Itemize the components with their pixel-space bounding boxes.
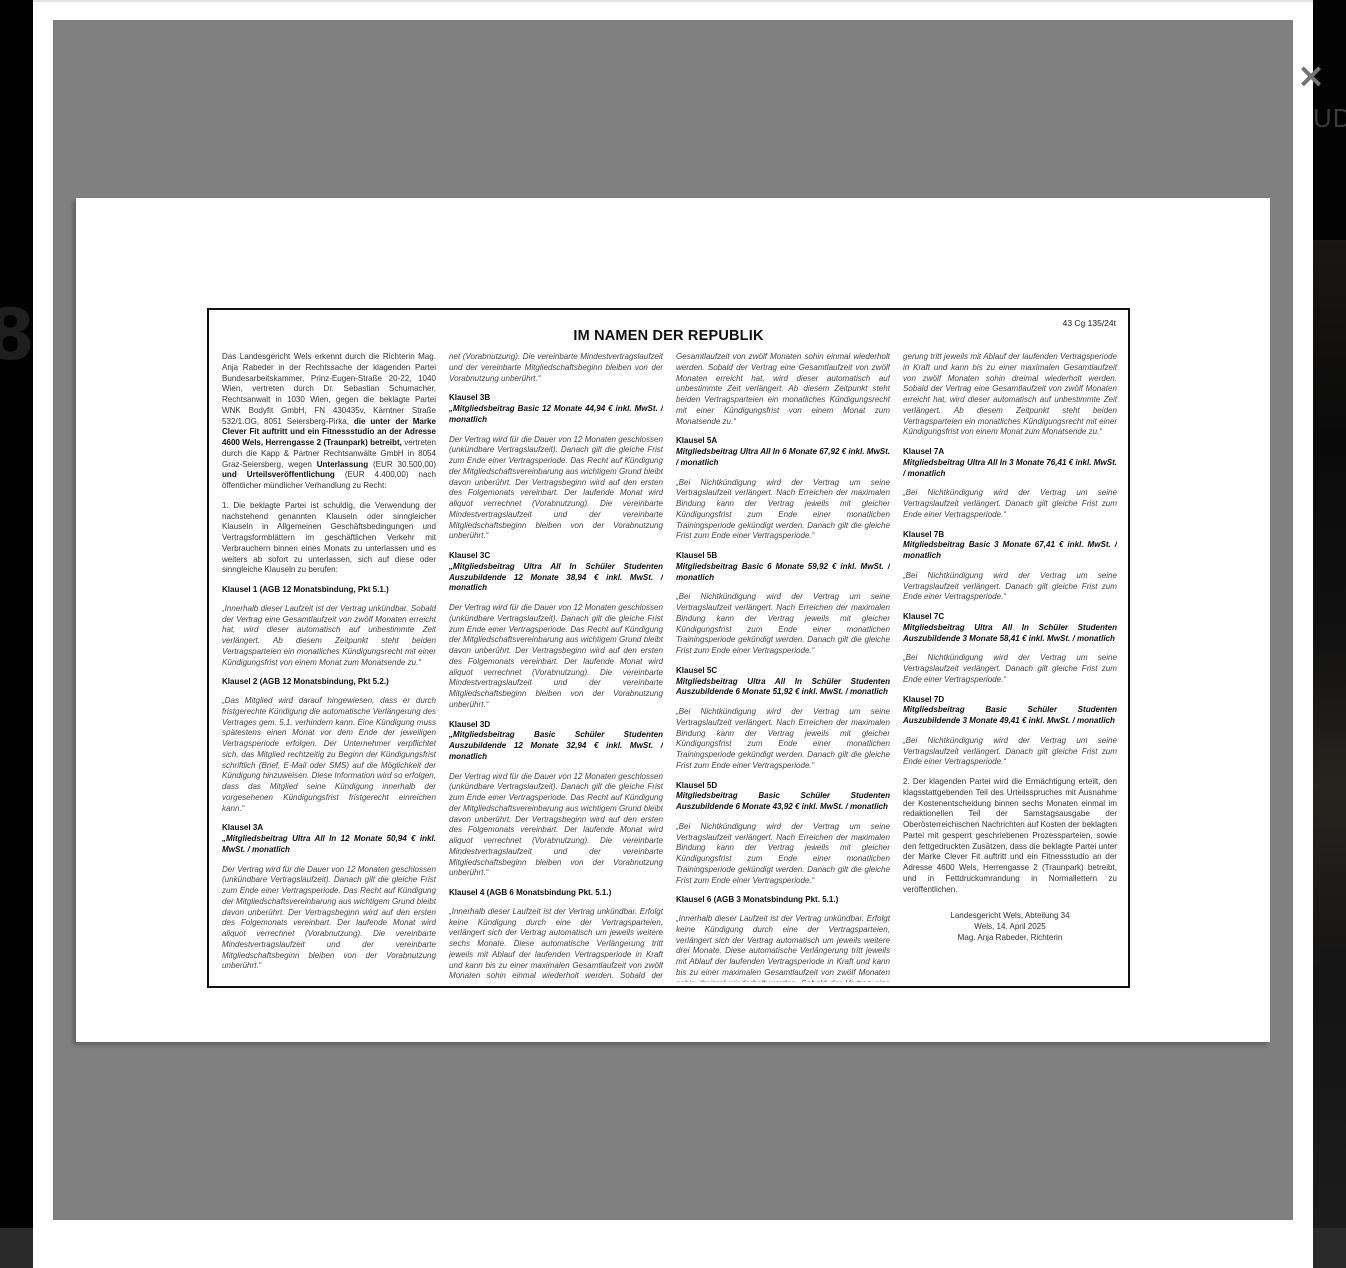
clause-subheading: „Mitgliedsbeitrag Ultra All In Schüler S… — [449, 562, 663, 594]
intro-text: Das Landesgericht Wels erkennt durch die… — [222, 352, 436, 426]
case-reference: 43 Cg 135/24t — [1063, 318, 1116, 328]
column-1: Das Landesgericht Wels erkennt durch die… — [222, 352, 436, 982]
clause-text: „Bei Nichtkündigung wird der Vertrag um … — [676, 822, 890, 887]
clause-text: Der Vertrag wird für die Dauer von 12 Mo… — [449, 435, 663, 543]
ruling-point-1: 1. Die beklagte Partei ist schuldig, die… — [222, 501, 436, 576]
clause-subheading: Mitgliedsbeitrag Ultra All In Schüler St… — [903, 623, 1117, 645]
clause-text: Der Vertrag wird für die Dauer von 12 Mo… — [449, 603, 663, 711]
background-strip — [0, 1228, 33, 1268]
court-ruling-document: 43 Cg 135/24t IM NAMEN DER REPUBLIK Das … — [207, 308, 1130, 988]
clause-heading: Klausel 7C — [903, 612, 1117, 623]
clause-subheading: Mitgliedsbeitrag Ultra All In Schüler St… — [676, 677, 890, 699]
clause-text-continued: gerung tritt jeweils mit Ablauf der lauf… — [903, 352, 1117, 438]
signature-date: Wels, 14. April 2025 — [903, 922, 1117, 933]
clause-text: „Bei Nichtkündigung wird der Vertrag um … — [903, 653, 1117, 685]
clause-text: „Bei Nichtkündigung wird der Vertrag um … — [676, 478, 890, 543]
clause-heading: Klausel 3B — [449, 393, 663, 404]
clause-heading: Klausel 1 (AGB 12 Monatsbindung, Pkt 5.1… — [222, 585, 436, 596]
clause-heading: Klausel 7B — [903, 530, 1117, 541]
signature-court: Landesgericht Wels, Abteilung 34 — [903, 911, 1117, 922]
clause-text-continued: Gesamtlaufzeit von zwölf Monaten sohin e… — [676, 352, 890, 427]
clause-text: Der Vertrag wird für die Dauer von 12 Mo… — [222, 865, 436, 973]
signature-block: Landesgericht Wels, Abteilung 34 Wels, 1… — [903, 911, 1117, 943]
clause-subheading: Mitgliedsbeitrag Ultra All In 3 Monate 7… — [903, 458, 1117, 480]
clause-heading: Klausel 7A — [903, 447, 1117, 458]
close-button[interactable]: × — [1293, 58, 1329, 94]
background-strip — [1313, 1228, 1346, 1268]
clause-text: „Bei Nichtkündigung wird der Vertrag um … — [676, 707, 890, 772]
clause-subheading: Mitgliedsbeitrag Basic 3 Monate 67,41 € … — [903, 540, 1117, 562]
intro-paragraph: Das Landesgericht Wels erkennt durch die… — [222, 352, 436, 492]
clause-text: „Bei Nichtkündigung wird der Vertrag um … — [903, 736, 1117, 768]
clause-text: „Das Mitglied wird darauf hingewiesen, d… — [222, 696, 436, 814]
document-columns: Das Landesgericht Wels erkennt durch die… — [222, 352, 1119, 982]
clause-heading: Klausel 5A — [676, 436, 890, 447]
clause-text: „Bei Nichtkündigung wird der Vertrag um … — [903, 571, 1117, 603]
clause-heading: Klausel 4 (AGB 6 Monatsbindung Pkt. 5.1.… — [449, 888, 663, 899]
clause-text: Der Vertrag wird für die Dauer von 12 Mo… — [449, 772, 663, 880]
lightbox-image: 43 Cg 135/24t IM NAMEN DER REPUBLIK Das … — [76, 198, 1270, 1042]
background-text-fragment: UD — [1313, 103, 1346, 134]
clause-subheading: „Mitgliedsbeitrag Ultra All In 12 Monate… — [222, 834, 436, 856]
clause-heading: Klausel 3D — [449, 720, 663, 731]
clause-text: „Innerhalb dieser Laufzeit ist der Vertr… — [449, 907, 663, 982]
clause-subheading: „Mitgliedsbeitrag Basic 12 Monate 44,94 … — [449, 404, 663, 426]
clause-heading: Klausel 3C — [449, 551, 663, 562]
clause-subheading: Mitgliedsbeitrag Basic Schüler Studenten… — [676, 791, 890, 813]
ruling-point-2: 2. Der klagenden Partei wird die Ermächt… — [903, 777, 1117, 895]
clause-heading: Klausel 7D — [903, 695, 1117, 706]
clause-heading: Klausel 5D — [676, 781, 890, 792]
clause-heading: Klausel 6 (AGB 3 Monatsbindung Pkt. 5.1.… — [676, 895, 890, 906]
clause-heading: Klausel 5B — [676, 551, 890, 562]
clause-heading: Klausel 3A — [222, 823, 436, 834]
column-3: Gesamtlaufzeit von zwölf Monaten sohin e… — [676, 352, 890, 982]
column-2: net (Vorabnutzung). Die vereinbarte Mind… — [449, 352, 663, 982]
background-text-fragment: 8 — [0, 300, 35, 370]
clause-text-continued: net (Vorabnutzung). Die vereinbarte Mind… — [449, 352, 663, 384]
clause-subheading: Mitgliedsbeitrag Basic Schüler Studenten… — [903, 705, 1117, 727]
clause-text: „Innerhalb dieser Laufzeit ist der Vertr… — [222, 604, 436, 669]
document-title: IM NAMEN DER REPUBLIK — [209, 328, 1128, 344]
background-page-left: 8 — [0, 0, 33, 1268]
clause-subheading: „Mitgliedsbeitrag Basic Schüler Studente… — [449, 730, 663, 762]
column-4: gerung tritt jeweils mit Ablauf der lauf… — [903, 352, 1117, 982]
clause-subheading: Mitgliedsbeitrag Ultra All In 6 Monate 6… — [676, 447, 890, 469]
clause-text: „Bei Nichtkündigung wird der Vertrag um … — [903, 488, 1117, 520]
background-photo — [1313, 240, 1346, 1230]
intro-bold-text: Unterlassung — [317, 460, 368, 469]
clause-heading: Klausel 5C — [676, 666, 890, 677]
background-page-right: UD — [1313, 0, 1346, 1268]
clause-text: „Innerhalb dieser Laufzeit ist der Vertr… — [676, 914, 890, 982]
close-icon: × — [1297, 58, 1326, 94]
clause-heading: Klausel 2 (AGB 12 Monatsbindung, Pkt 5.2… — [222, 677, 436, 688]
clause-text: „Bei Nichtkündigung wird der Vertrag um … — [676, 592, 890, 657]
signature-judge: Mag. Anja Rabeder, Richterin — [903, 933, 1117, 944]
clause-subheading: Mitgliedsbeitrag Basic 6 Monate 59,92 € … — [676, 562, 890, 584]
intro-bold-text: und Urteilsveröffentlichung — [222, 470, 335, 479]
intro-text: (EUR 30.500,00) — [368, 460, 436, 469]
